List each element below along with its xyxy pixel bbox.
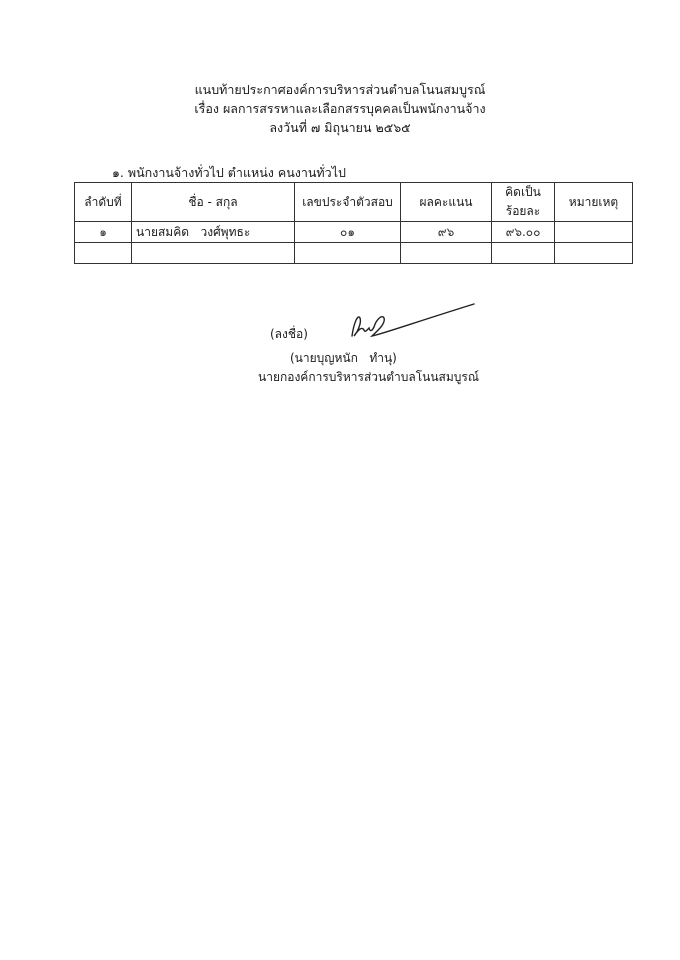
section-title: ๑. พนักงานจ้างทั่วไป ตำแหน่ง คนงานทั่วไป	[112, 163, 346, 183]
cell-remark	[555, 222, 633, 243]
signature-label: (ลงชื่อ)	[270, 325, 308, 344]
header-line-3: ลงวันที่ ๗ มิถุนายน ๒๕๖๕	[0, 118, 680, 137]
cell-name: นายสมคิด วงศ์พุทธะ	[132, 222, 295, 243]
column-header-order: ลำดับที่	[75, 183, 132, 222]
column-header-exam-id: เลขประจำตัวสอบ	[295, 183, 401, 222]
results-table: ลำดับที่ ชื่อ - สกุล เลขประจำตัวสอบ ผลคะ…	[74, 182, 633, 264]
table-row: ๑ นายสมคิด วงศ์พุทธะ ๐๑ ๙๖ ๙๖.๐๐	[75, 222, 633, 243]
table-row	[75, 243, 633, 264]
cell-exam-id	[295, 243, 401, 264]
column-header-name: ชื่อ - สกุล	[132, 183, 295, 222]
signatory-name: (นายบุญหนัก ทำนุ)	[290, 349, 397, 368]
header-line-2: เรื่อง ผลการสรรหาและเลือกสรรบุคคลเป็นพนั…	[0, 99, 680, 118]
cell-order	[75, 243, 132, 264]
column-header-score: ผลคะแนน	[401, 183, 492, 222]
cell-percent	[492, 243, 555, 264]
column-header-remark: หมายเหตุ	[555, 183, 633, 222]
header-line-1: แนบท้ายประกาศองค์การบริหารส่วนตำบลโนนสมบ…	[0, 80, 680, 99]
signatory-title: นายกองค์การบริหารส่วนตำบลโนนสมบูรณ์	[258, 368, 479, 387]
table-header-row: ลำดับที่ ชื่อ - สกุล เลขประจำตัวสอบ ผลคะ…	[75, 183, 633, 222]
cell-percent: ๙๖.๐๐	[492, 222, 555, 243]
cell-remark	[555, 243, 633, 264]
signature-mark	[336, 300, 476, 350]
column-header-percent: คิดเป็นร้อยละ	[492, 183, 555, 222]
cell-name	[132, 243, 295, 264]
cell-order: ๑	[75, 222, 132, 243]
cell-score: ๙๖	[401, 222, 492, 243]
cell-exam-id: ๐๑	[295, 222, 401, 243]
cell-score	[401, 243, 492, 264]
